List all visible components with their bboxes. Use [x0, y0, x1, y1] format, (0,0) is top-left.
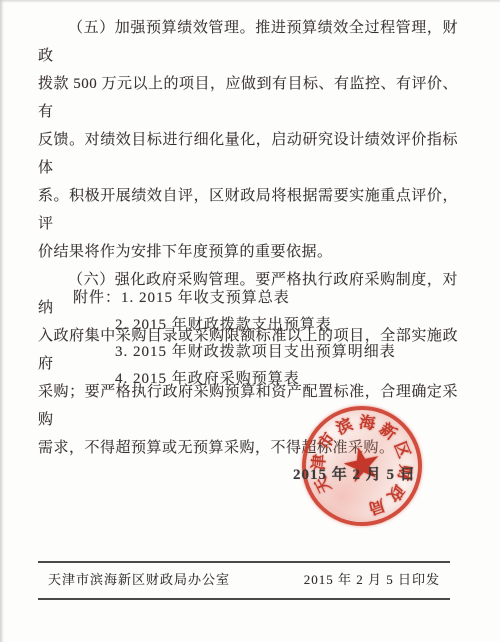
- attachment-row: 附件：1. 2015 年收支预算总表: [73, 285, 473, 312]
- paragraph-line: 拨款 500 万元以上的项目，应做到有目标、有监控、有评价、有: [38, 70, 458, 126]
- attachment-item: 3. 2015 年财政拨款项目支出预算明细表: [73, 339, 473, 366]
- attachment-item: 4. 2015 年政府采购预算表: [73, 366, 473, 393]
- footer-rule-bottom: [38, 598, 450, 600]
- document-body: （五）加强预算绩效管理。推进预算绩效全过程管理，财政 拨款 500 万元以上的项…: [38, 14, 458, 462]
- paragraph-line: 反馈。对绩效目标进行细化量化，启动研究设计绩效评价指标体: [38, 126, 458, 182]
- footer-rule-top: [38, 561, 450, 563]
- document-page: （五）加强预算绩效管理。推进预算绩效全过程管理，财政 拨款 500 万元以上的项…: [0, 0, 500, 642]
- paragraph-line: （五）加强预算绩效管理。推进预算绩效全过程管理，财政: [38, 14, 458, 70]
- attachment-item: 1. 2015 年收支预算总表: [121, 290, 290, 306]
- paragraph-line: 价结果将作为安排下年度预算的重要依据。: [38, 238, 458, 266]
- footer-print-date: 2015 年 2 月 5 日印发: [304, 569, 450, 591]
- attachments-list: 附件：1. 2015 年收支预算总表 2. 2015 年财政拨款支出预算表 3.…: [73, 285, 473, 393]
- paragraph-section-5: （五）加强预算绩效管理。推进预算绩效全过程管理，财政 拨款 500 万元以上的项…: [38, 14, 458, 266]
- attachment-item: 2. 2015 年财政拨款支出预算表: [73, 312, 473, 339]
- scan-edge-top: [0, 0, 500, 3]
- footer: 天津市滨海新区财政局办公室 2015 年 2 月 5 日印发: [38, 569, 450, 591]
- paragraph-line: 系。积极开展绩效自评，区财政局将根据需要实施重点评价，评: [38, 182, 458, 238]
- footer-issuing-office: 天津市滨海新区财政局办公室: [38, 569, 230, 591]
- stamp-date: 2015 年 2 月 5 日: [293, 463, 416, 484]
- attachments-label: 附件：: [73, 290, 121, 306]
- scan-edge-left: [0, 0, 4, 642]
